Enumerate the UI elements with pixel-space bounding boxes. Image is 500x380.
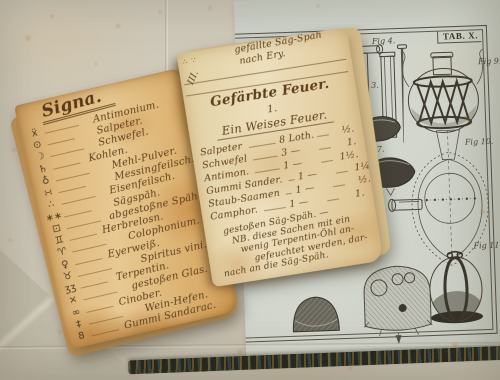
- leader-line: [333, 184, 345, 187]
- ingredient-quantity-2: 1½.: [336, 149, 359, 163]
- leader-line: [317, 134, 329, 137]
- leader-line: [321, 160, 333, 163]
- vertical-crease: [165, 0, 168, 80]
- gathering-mark: ∴ ∵ III.: [182, 56, 201, 85]
- photo-of-open-manuscript: TAB. X. Fig 2.: [0, 0, 500, 380]
- ingredient-quantity-2: ½.: [332, 123, 355, 137]
- leader-line: [255, 168, 280, 173]
- leader-line: [253, 156, 277, 161]
- notebook-right-page: ∴ ∵ III. gefällte Säg-Späh nach Ery. Gef…: [176, 27, 383, 287]
- fig11-label: Fig 11.: [472, 241, 500, 251]
- fig4-label: Fig 4.: [371, 36, 396, 46]
- leader-line: [319, 147, 331, 150]
- fig9-label: Fig 9.: [477, 56, 500, 66]
- leader-line: [327, 198, 339, 201]
- leader-line: [336, 171, 348, 174]
- ingredient-quantity-2: ½.: [348, 173, 371, 187]
- leader-line: [264, 207, 286, 211]
- leader-line: [286, 193, 292, 195]
- ingredient-quantity-2: 1.: [342, 187, 365, 201]
- leader-line: [288, 179, 294, 181]
- fig10-label: Fig 10.: [464, 137, 494, 147]
- plate-title: TAB. X.: [437, 30, 482, 44]
- ingredient-quantity-2: 1.: [334, 136, 357, 150]
- gathering-dots: ∴ ∵: [182, 56, 198, 66]
- leader-line: [248, 143, 275, 148]
- laced-fire-ball-figure: Fig 9.: [402, 47, 500, 133]
- strapped-bomb-figure: Fig 11.: [428, 241, 500, 329]
